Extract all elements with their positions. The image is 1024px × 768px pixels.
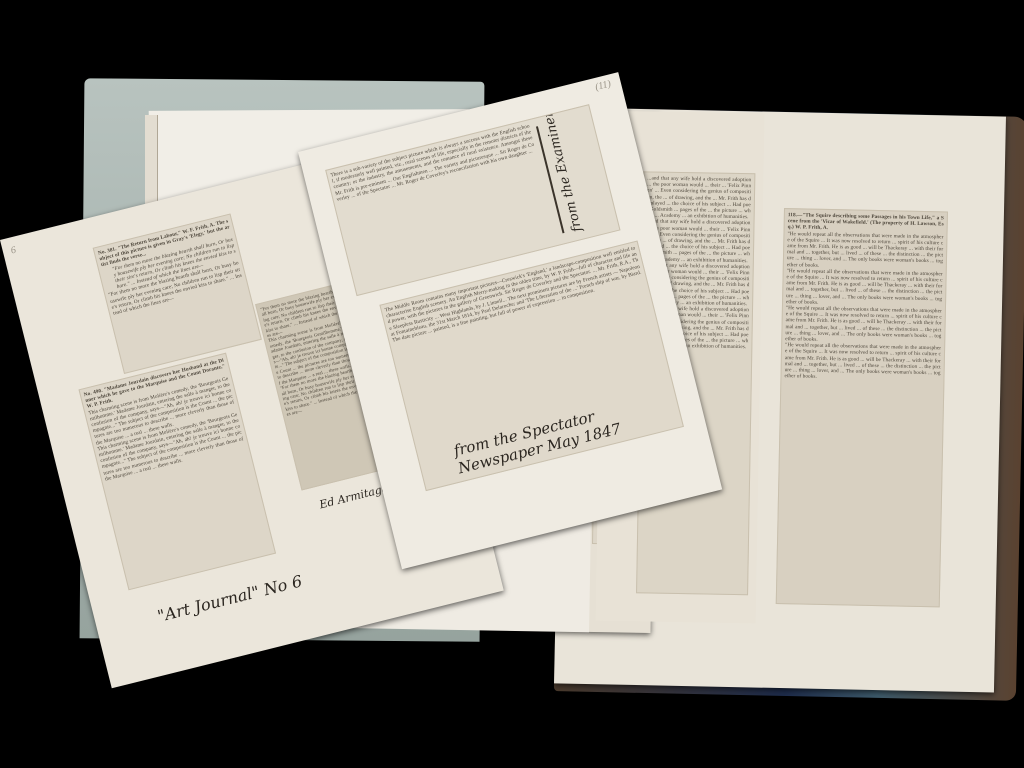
page-number: 6	[10, 245, 18, 257]
annotation-signature: Ed Armitage	[318, 482, 389, 512]
annotation-spectator: from the Spectator Newspaper May 1847	[452, 389, 674, 477]
clipping-body: There is a sub-variety of the subject pi…	[330, 123, 536, 203]
clipping-return-from-labour: No. 381. "The Return from Labour," W. F.…	[93, 213, 262, 373]
annotation-art-journal: "Art Journal" No 6	[155, 571, 304, 625]
scrapbook-spread: 6 No. 381. "The Return from Labour," W. …	[0, 0, 1024, 768]
page-number: (11)	[594, 78, 612, 93]
annotation-examiner: from the Examiner May 1847	[524, 104, 585, 233]
clipping-madame-jourdain: No. 490. "Madame Jourdain discovers her …	[78, 353, 276, 591]
